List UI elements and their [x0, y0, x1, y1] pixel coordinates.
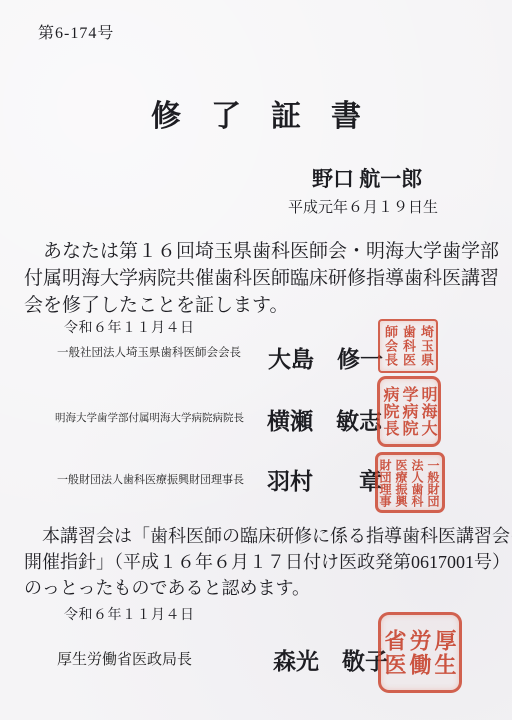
signer-title-mhlw-health-policy-bureau: 厚生労働省医政局長: [57, 648, 192, 669]
recipient-name: 野口 航一郎: [312, 163, 422, 193]
signer-title-meikai-university-hospital: 明海大学歯学部付属明海大学病院病院長: [55, 410, 244, 425]
certificate-page: 第6-174号 修 了 証 書 野口 航一郎 平成元年６月１９日生 あなたは第１…: [0, 0, 512, 720]
recipient-birthdate: 平成元年６月１９日生: [288, 196, 438, 217]
signer-name-morimitsu: 森光 敬子: [273, 643, 388, 676]
issue-date-1: 令和６年１１月４日: [64, 317, 195, 337]
signer-title-dental-promotion-foundation: 一般財団法人歯科医療振興財団理事長: [57, 471, 244, 487]
red-seal-meikai-university-hospital: 明海大学病院病院長印: [377, 376, 441, 447]
red-seal-saitama-dental-association: 埼玉県歯科医師会長印: [378, 319, 438, 373]
red-seal-dental-promotion-foundation: 一般財団法人歯科医療振興財団理事長印: [375, 452, 445, 513]
body-paragraph-completion: あなたは第１６回埼玉県歯科医師会・明海大学歯学部 付属明海大学病院共催歯科医師臨…: [24, 238, 499, 319]
signer-title-saitama-dental-association: 一般社団法人埼玉県歯科医師会会長: [57, 344, 241, 360]
signer-name-yokose: 横瀬 敏志: [267, 403, 382, 436]
certificate-number: 第6-174号: [38, 20, 114, 43]
signer-name-oshima: 大島 修一: [268, 341, 383, 374]
issue-date-2: 令和６年１１月４日: [64, 604, 195, 624]
signer-name-hamura: 羽村 章: [267, 463, 382, 496]
red-seal-mhlw-health-policy-bureau: 厚生労働省医政局長: [378, 612, 462, 693]
body-paragraph-guideline: 本講習会は「歯科医師の臨床研修に係る指導歯科医講習会の 開催指針」（平成１６年６…: [24, 523, 512, 601]
certificate-title: 修 了 証 書: [151, 91, 361, 135]
